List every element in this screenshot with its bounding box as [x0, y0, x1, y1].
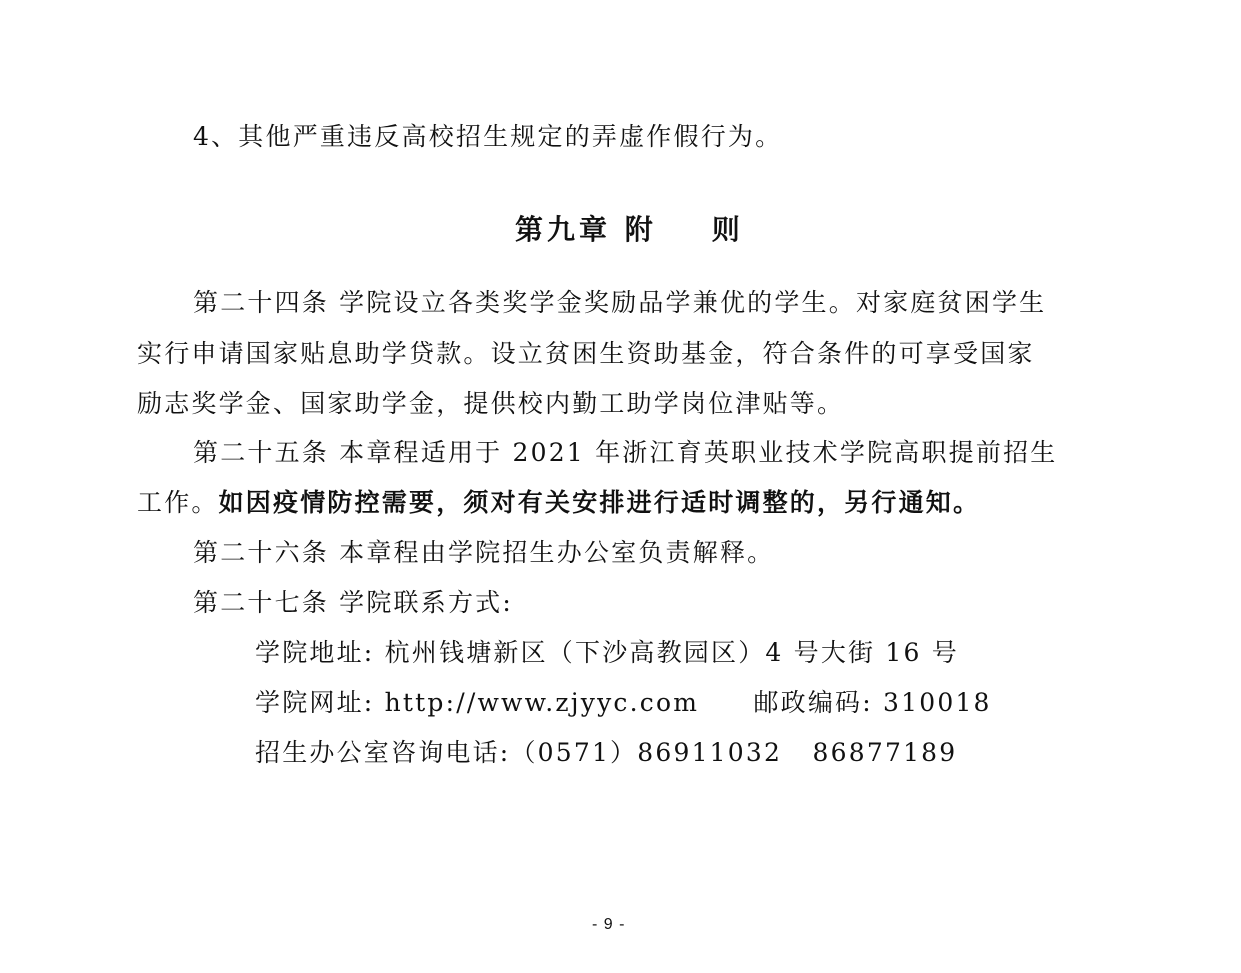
phone-line: 招生办公室咨询电话:（0571）86911032 86877189 [255, 736, 957, 770]
address-label: 学院地址: [255, 638, 374, 667]
phone-value: （0571）86911032 86877189 [510, 738, 957, 767]
website-link[interactable]: http://www.zjyyc.com [385, 688, 700, 717]
article-24-line-2: 实行申请国家贴息助学贷款。设立贫困生资助基金，符合条件的可享受国家 [137, 337, 1035, 371]
website-line: 学院网址: http://www.zjyyc.com 邮政编码: 310018 [255, 686, 992, 720]
article-26-text: 第二十六条 本章程由学院招生办公室负责解释。 [193, 536, 774, 570]
chapter-title: 第九章 附 则 [515, 208, 744, 248]
website-label: 学院网址: [255, 688, 374, 717]
page-number: - 9 - [592, 916, 625, 934]
phone-label: 招生办公室咨询电话: [255, 738, 510, 767]
article-25-bold-notice: 如因疫情防控需要，须对有关安排进行适时调整的，另行通知。 [219, 488, 981, 517]
address-line: 学院地址: 杭州钱塘新区（下沙高教园区）4 号大街 16 号 [255, 636, 959, 670]
item-4-text: 4、其他严重违反高校招生规定的弄虚作假行为。 [193, 120, 782, 154]
article-24-line-1: 第二十四条 学院设立各类奖学金奖励品学兼优的学生。对家庭贫困学生 [193, 286, 1046, 320]
postcode-label: 邮政编码: [753, 688, 872, 717]
article-25-line-2: 工作。如因疫情防控需要，须对有关安排进行适时调整的，另行通知。 [137, 486, 980, 520]
article-24-line-3: 励志奖学金、国家助学金，提供校内勤工助学岗位津贴等。 [137, 387, 844, 421]
article-25-normal-text: 工作。 [137, 488, 219, 517]
postcode-value: 310018 [883, 688, 992, 717]
article-27-title: 第二十七条 学院联系方式: [193, 586, 513, 620]
article-25-line-1: 第二十五条 本章程适用于 2021 年浙江育英职业技术学院高职提前招生 [193, 436, 1057, 470]
address-value: 杭州钱塘新区（下沙高教园区）4 号大街 16 号 [385, 638, 959, 667]
